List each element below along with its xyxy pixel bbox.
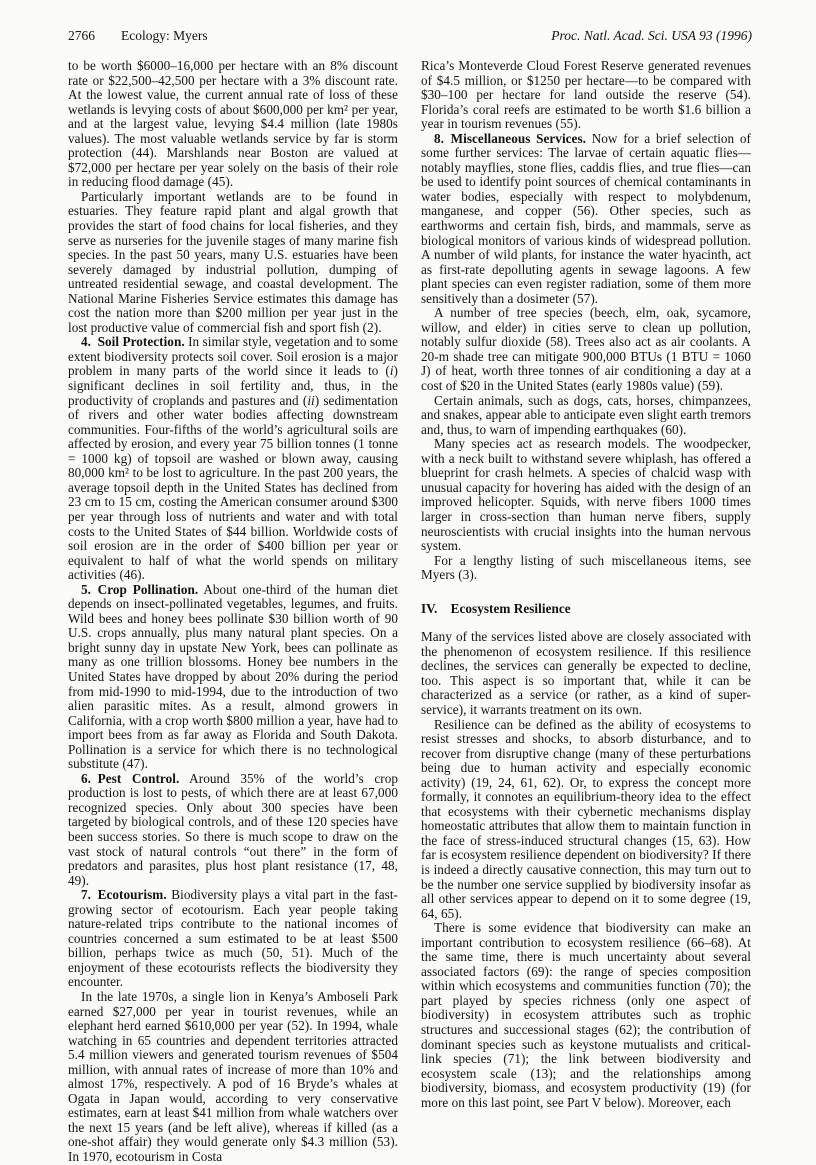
paragraph-lead-in: 5. Crop Pollination. [81, 582, 198, 597]
paragraph: 4. Soil Protection. In similar style, ve… [68, 335, 398, 582]
right-column: Rica’s Monteverde Cloud Forest Reserve g… [421, 59, 751, 1165]
paragraph: 8. Miscellaneous Services. Now for a bri… [421, 132, 751, 307]
paragraph: to be worth $6000–16,000 per hectare wit… [68, 59, 398, 190]
journal-page: 2766 Ecology: Myers Proc. Natl. Acad. Sc… [0, 0, 816, 1165]
paragraph: In the late 1970s, a single lion in Keny… [68, 990, 398, 1165]
page-number: 2766 [68, 28, 95, 43]
page-header: 2766 Ecology: Myers Proc. Natl. Acad. Sc… [68, 28, 752, 43]
paragraph: For a lengthy listing of such miscellane… [421, 554, 751, 583]
body-text: For a lengthy listing of such miscellane… [421, 553, 751, 583]
body-text: In the late 1970s, a single lion in Keny… [68, 989, 398, 1164]
paragraph: Particularly important wetlands are to b… [68, 190, 398, 335]
body-text: There is some evidence that biodiversity… [421, 920, 751, 1110]
paragraph: 7. Ecotourism. Biodiversity plays a vita… [68, 888, 398, 990]
paragraph: A number of tree species (beech, elm, oa… [421, 306, 751, 393]
body-text: Particularly important wetlands are to b… [68, 189, 398, 335]
body-text: Biodiversity plays a vital part in the f… [68, 887, 398, 989]
running-head: Ecology: Myers [121, 28, 208, 43]
journal-reference: Proc. Natl. Acad. Sci. USA 93 (1996) [551, 28, 752, 43]
body-text: Many of the services listed above are cl… [421, 629, 751, 717]
paragraph-lead-in: 6. Pest Control. [81, 771, 179, 786]
paragraph: Many of the services listed above are cl… [421, 630, 751, 717]
paragraph: Certain animals, such as dogs, cats, hor… [421, 394, 751, 438]
paragraph-lead-in: 4. Soil Protection. [81, 334, 185, 349]
body-text: Rica’s Monteverde Cloud Forest Reserve g… [421, 58, 751, 131]
paragraph: 5. Crop Pollination. About one-third of … [68, 583, 398, 772]
body-text: to be worth $6000–16,000 per hectare wit… [68, 58, 398, 189]
paragraph: 6. Pest Control. Around 35% of the world… [68, 772, 398, 888]
body-text: Certain animals, such as dogs, cats, hor… [421, 393, 751, 437]
paragraph: Resilience can be defined as the ability… [421, 718, 751, 922]
body-text: Many species act as research models. The… [421, 436, 751, 553]
two-column-body: to be worth $6000–16,000 per hectare wit… [68, 59, 752, 1165]
italic-text: ii [307, 393, 314, 408]
body-text: Around 35% of the world’s crop productio… [68, 771, 398, 888]
paragraph: Many species act as research models. The… [421, 437, 751, 553]
left-column: to be worth $6000–16,000 per hectare wit… [68, 59, 398, 1165]
paragraph-lead-in: IV. Ecosystem Resilience [421, 601, 571, 616]
section-heading: IV. Ecosystem Resilience [421, 602, 751, 617]
paragraph: There is some evidence that biodiversity… [421, 921, 751, 1110]
header-left: 2766 Ecology: Myers [68, 28, 208, 43]
paragraph-lead-in: 7. Ecotourism. [81, 887, 167, 902]
body-text: A number of tree species (beech, elm, oa… [421, 305, 751, 393]
body-text: ) sedimentation of rivers and other wate… [68, 393, 398, 583]
body-text: Now for a brief selection of some furthe… [421, 131, 751, 306]
body-text: Resilience can be defined as the ability… [421, 717, 751, 921]
body-text: About one-third of the human diet depend… [68, 582, 398, 772]
paragraph: Rica’s Monteverde Cloud Forest Reserve g… [421, 59, 751, 132]
paragraph-lead-in: 8. Miscellaneous Services. [434, 131, 586, 146]
